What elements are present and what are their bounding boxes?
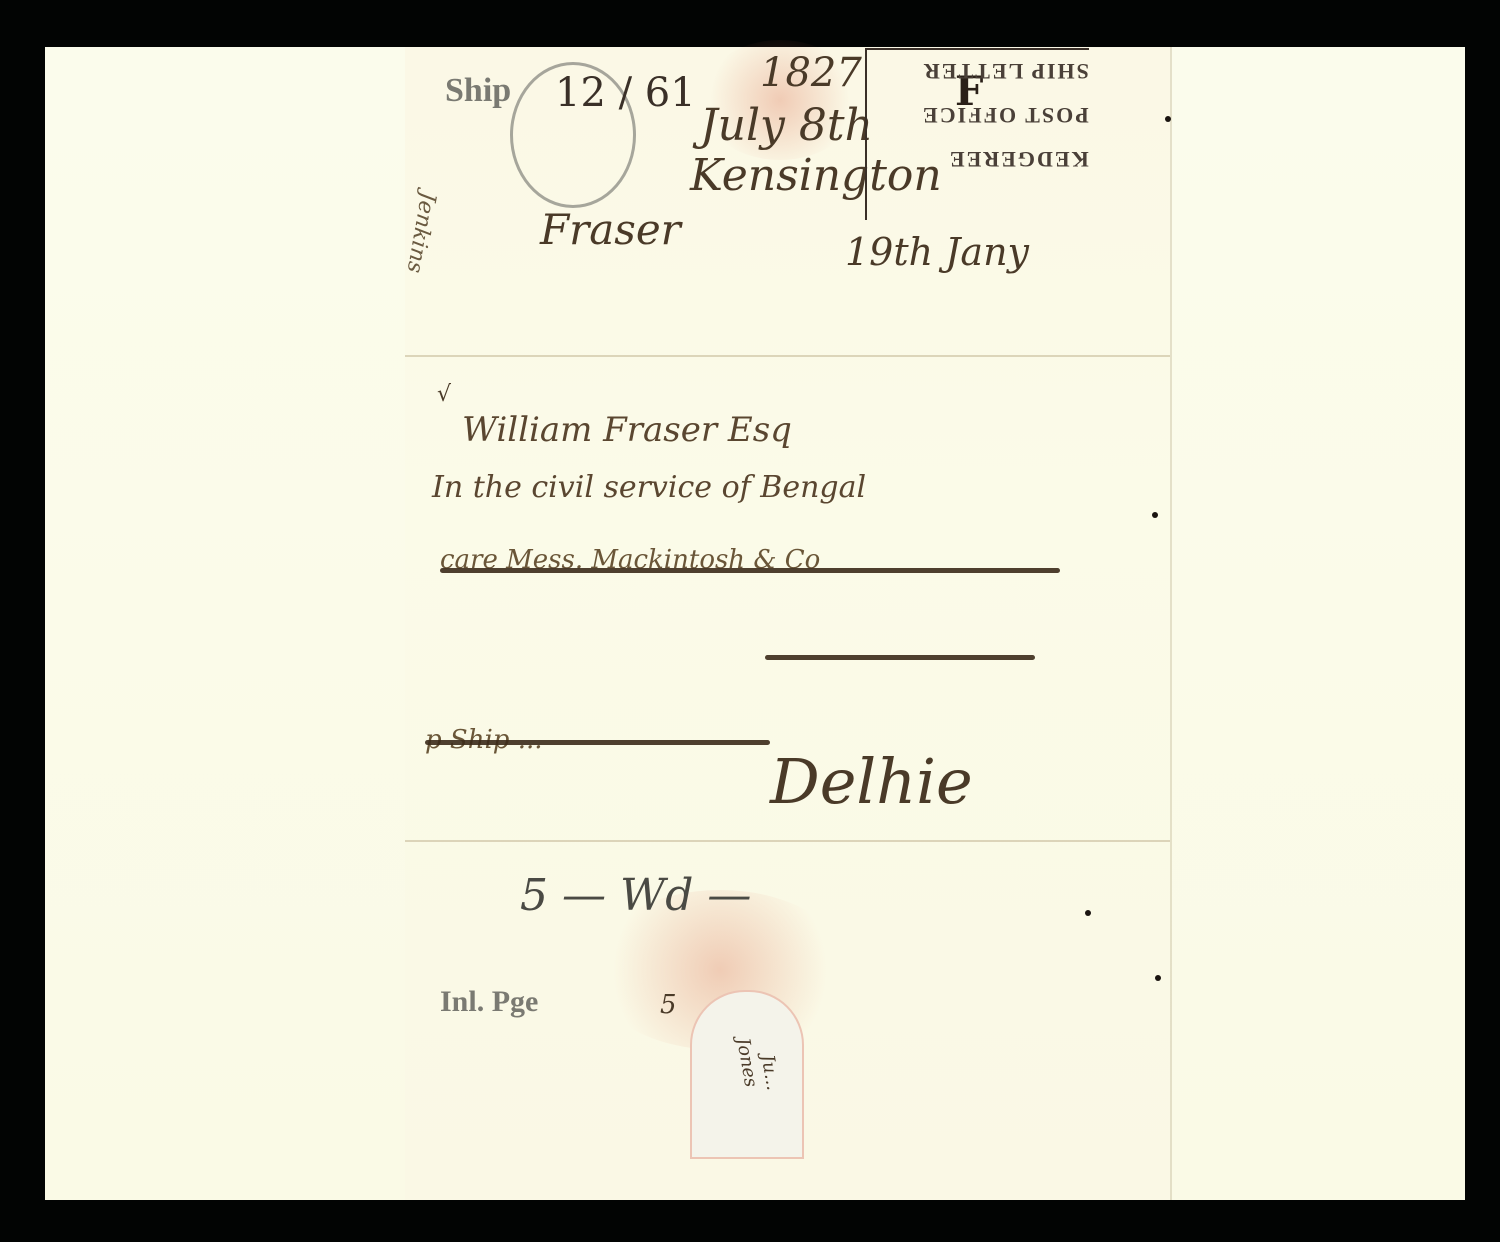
strike-line-2 xyxy=(765,655,1035,660)
ink-dot xyxy=(1152,512,1158,518)
fold-line-right xyxy=(1170,47,1172,1200)
boxed-stamp-line-1: SHIP LETTER xyxy=(922,58,1089,84)
ink-dot xyxy=(1165,116,1171,122)
check-mark: √ xyxy=(437,382,451,407)
fold-line-top xyxy=(405,355,1170,357)
year: 1827 xyxy=(760,50,862,96)
seal-text-2: Ju... xyxy=(757,1053,784,1092)
ink-dot xyxy=(1155,975,1161,981)
fold-line-bottom xyxy=(405,840,1170,842)
ship-letter-boxed-stamp: SHIP LETTER POST OFFICE KEDGEREE xyxy=(865,48,1089,220)
endorsement-date: 19th Jany xyxy=(845,230,1029,274)
sender-name: Fraser xyxy=(540,205,681,254)
strike-line-1 xyxy=(440,568,1060,573)
addressee-name: William Fraser Esq xyxy=(462,410,792,450)
ship-stamp: Ship xyxy=(445,72,511,110)
ink-dot xyxy=(1085,910,1091,916)
boxed-stamp-line-2: POST OFFICE xyxy=(921,102,1089,128)
inland-postage-stamp: Inl. Pge xyxy=(440,985,538,1019)
address-line-2: In the civil service of Bengal xyxy=(432,470,866,505)
wax-seal-remnant: Jones Ju... xyxy=(690,990,804,1159)
bottom-flourish: 5 — Wd — xyxy=(520,870,751,921)
strike-line-3 xyxy=(425,740,770,745)
inland-postage-value: 5 xyxy=(660,990,677,1020)
destination: Delhie xyxy=(770,745,973,818)
boxed-stamp-line-3: KEDGEREE xyxy=(948,146,1089,172)
date-line: July 8th xyxy=(700,100,873,151)
circle-stamp-numerals: 12 / 61 xyxy=(555,70,696,116)
